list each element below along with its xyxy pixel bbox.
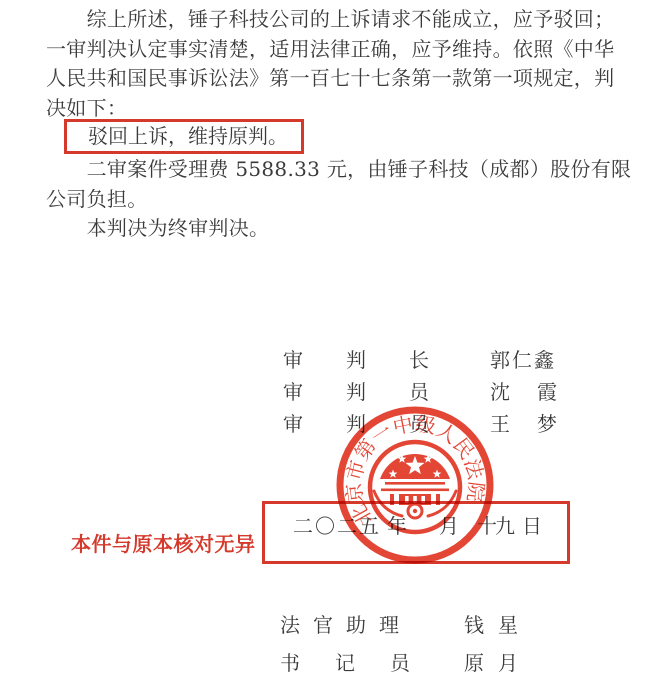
judgment-document-page: 综上所述，锤子科技公司的上诉请求不能成立，应予驳回； 一审判决认定事实清楚，适用… bbox=[0, 0, 660, 682]
verdict-highlight-box: 驳回上诉，维持原判。 bbox=[64, 119, 304, 154]
national-emblem-icon bbox=[370, 442, 460, 532]
clerk-block: 法官助理 钱星 书记员 原月 bbox=[280, 613, 445, 682]
judge-name: 沈霞 bbox=[490, 380, 584, 404]
court-seal: 北京市第一中级人民法院 bbox=[335, 405, 495, 565]
judge-name: 郭仁鑫 bbox=[490, 348, 556, 372]
clerk-row-recorder: 书记员 原月 bbox=[280, 651, 445, 675]
signature-row-judge-1: 审判员 沈霞 bbox=[283, 380, 472, 404]
copy-verification-stamp-text: 本件与原本核对无异 bbox=[71, 528, 256, 557]
clerk-role-label: 法官助理 bbox=[280, 613, 412, 637]
clerk-row-assistant: 法官助理 钱星 bbox=[280, 613, 445, 637]
clerk-role-label: 书记员 bbox=[280, 651, 445, 675]
final-judgment-paragraph: 本判决为终审判决。 bbox=[46, 214, 269, 244]
signature-row-presiding-judge: 审判长 郭仁鑫 bbox=[283, 348, 472, 372]
judgment-reasoning-paragraph: 综上所述，锤子科技公司的上诉请求不能成立，应予驳回； 一审判决认定事实清楚，适用… bbox=[46, 5, 614, 123]
fee-paragraph: 二审案件受理费 5588.33 元，由锤子科技（成都）股份有限 公司负担。 bbox=[46, 155, 631, 214]
date-day-unit: 日 bbox=[522, 515, 542, 537]
verdict-text: 驳回上诉，维持原判。 bbox=[88, 124, 288, 148]
clerk-name: 原月 bbox=[464, 651, 532, 675]
judge-role-label: 审判长 bbox=[283, 348, 472, 372]
judge-name: 王梦 bbox=[490, 412, 584, 436]
judge-role-label: 审判员 bbox=[283, 380, 472, 404]
clerk-name: 钱星 bbox=[464, 613, 532, 637]
